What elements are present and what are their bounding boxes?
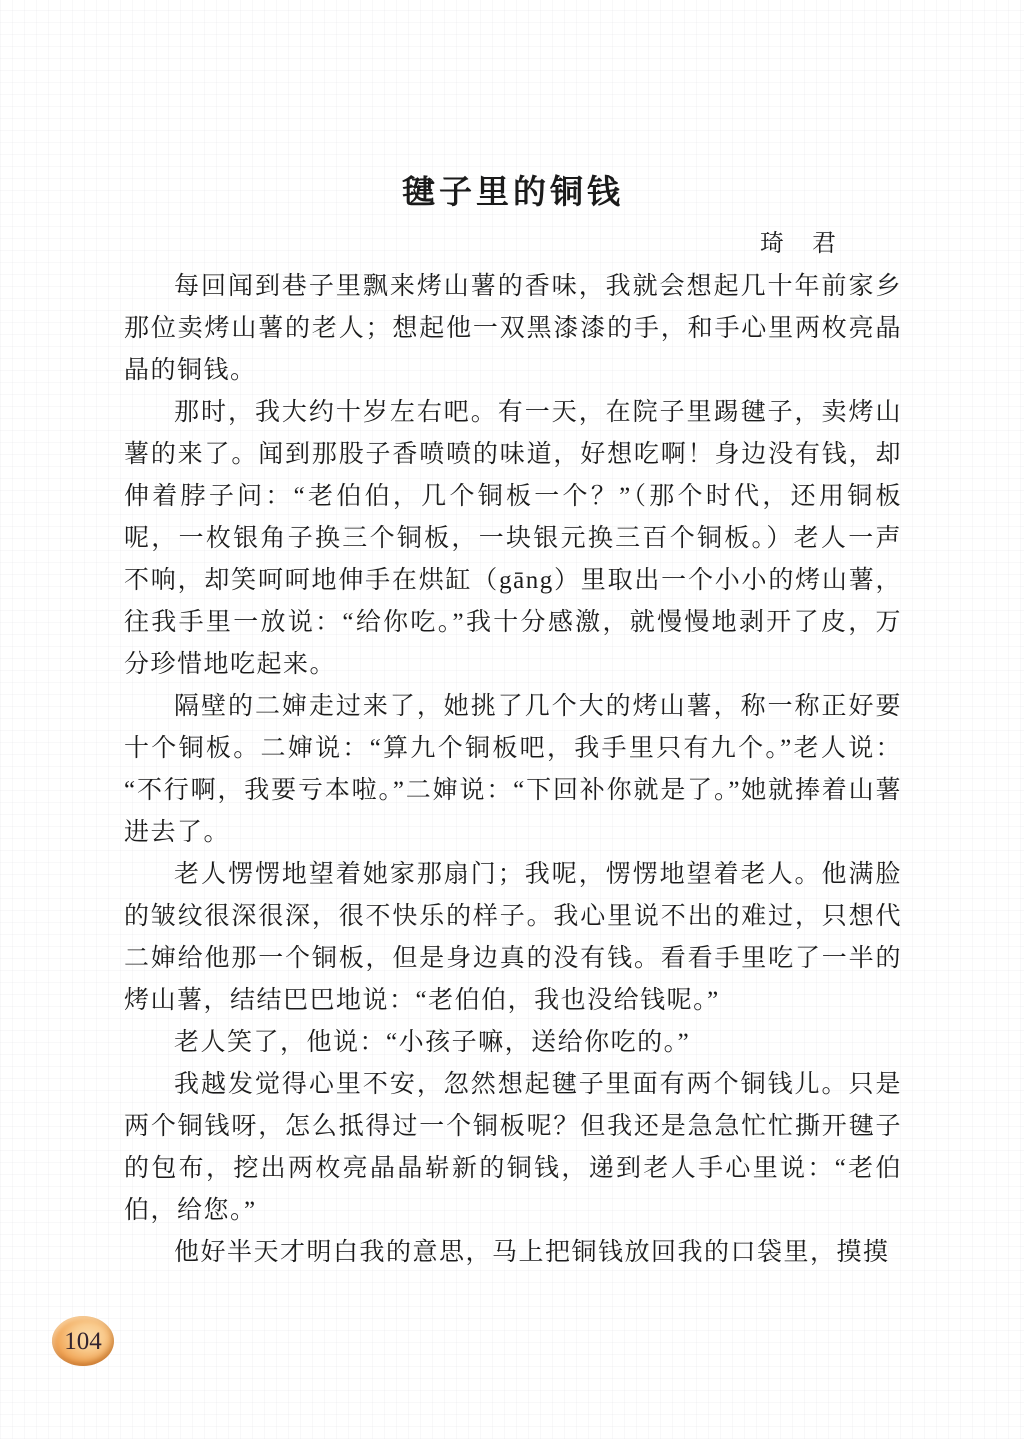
paragraph-7: 他好半天才明白我的意思，马上把铜钱放回我的口袋里，摸摸 [124,1232,902,1274]
page-number-badge: 104 [52,1316,114,1366]
page-title: 毽子里的铜钱 [124,172,902,214]
paragraph-5: 老人笑了，他说：“小孩子嘛，送给你吃的。” [124,1022,902,1064]
paragraph-2: 那时，我大约十岁左右吧。有一天，在院子里踢毽子，卖烤山薯的来了。闻到那股子香喷喷… [124,392,902,686]
body-text: 每回闻到巷子里飘来烤山薯的香味，我就会想起几十年前家乡那位卖烤山薯的老人；想起他… [124,266,902,1274]
lesson-content: 毽子里的铜钱 琦 君 每回闻到巷子里飘来烤山薯的香味，我就会想起几十年前家乡那位… [124,172,902,1274]
textbook-page: 毽子里的铜钱 琦 君 每回闻到巷子里飘来烤山薯的香味，我就会想起几十年前家乡那位… [0,0,1024,1439]
page-number: 104 [64,1329,102,1354]
paragraph-6: 我越发觉得心里不安，忽然想起毽子里面有两个铜钱儿。只是两个铜钱呀，怎么抵得过一个… [124,1064,902,1232]
author-name: 琦 君 [124,228,902,260]
paragraph-4: 老人愣愣地望着她家那扇门；我呢，愣愣地望着老人。他满脸的皱纹很深很深，很不快乐的… [124,854,902,1022]
paragraph-3: 隔壁的二婶走过来了，她挑了几个大的烤山薯，称一称正好要十个铜板。二婶说：“算九个… [124,686,902,854]
paragraph-1: 每回闻到巷子里飘来烤山薯的香味，我就会想起几十年前家乡那位卖烤山薯的老人；想起他… [124,266,902,392]
